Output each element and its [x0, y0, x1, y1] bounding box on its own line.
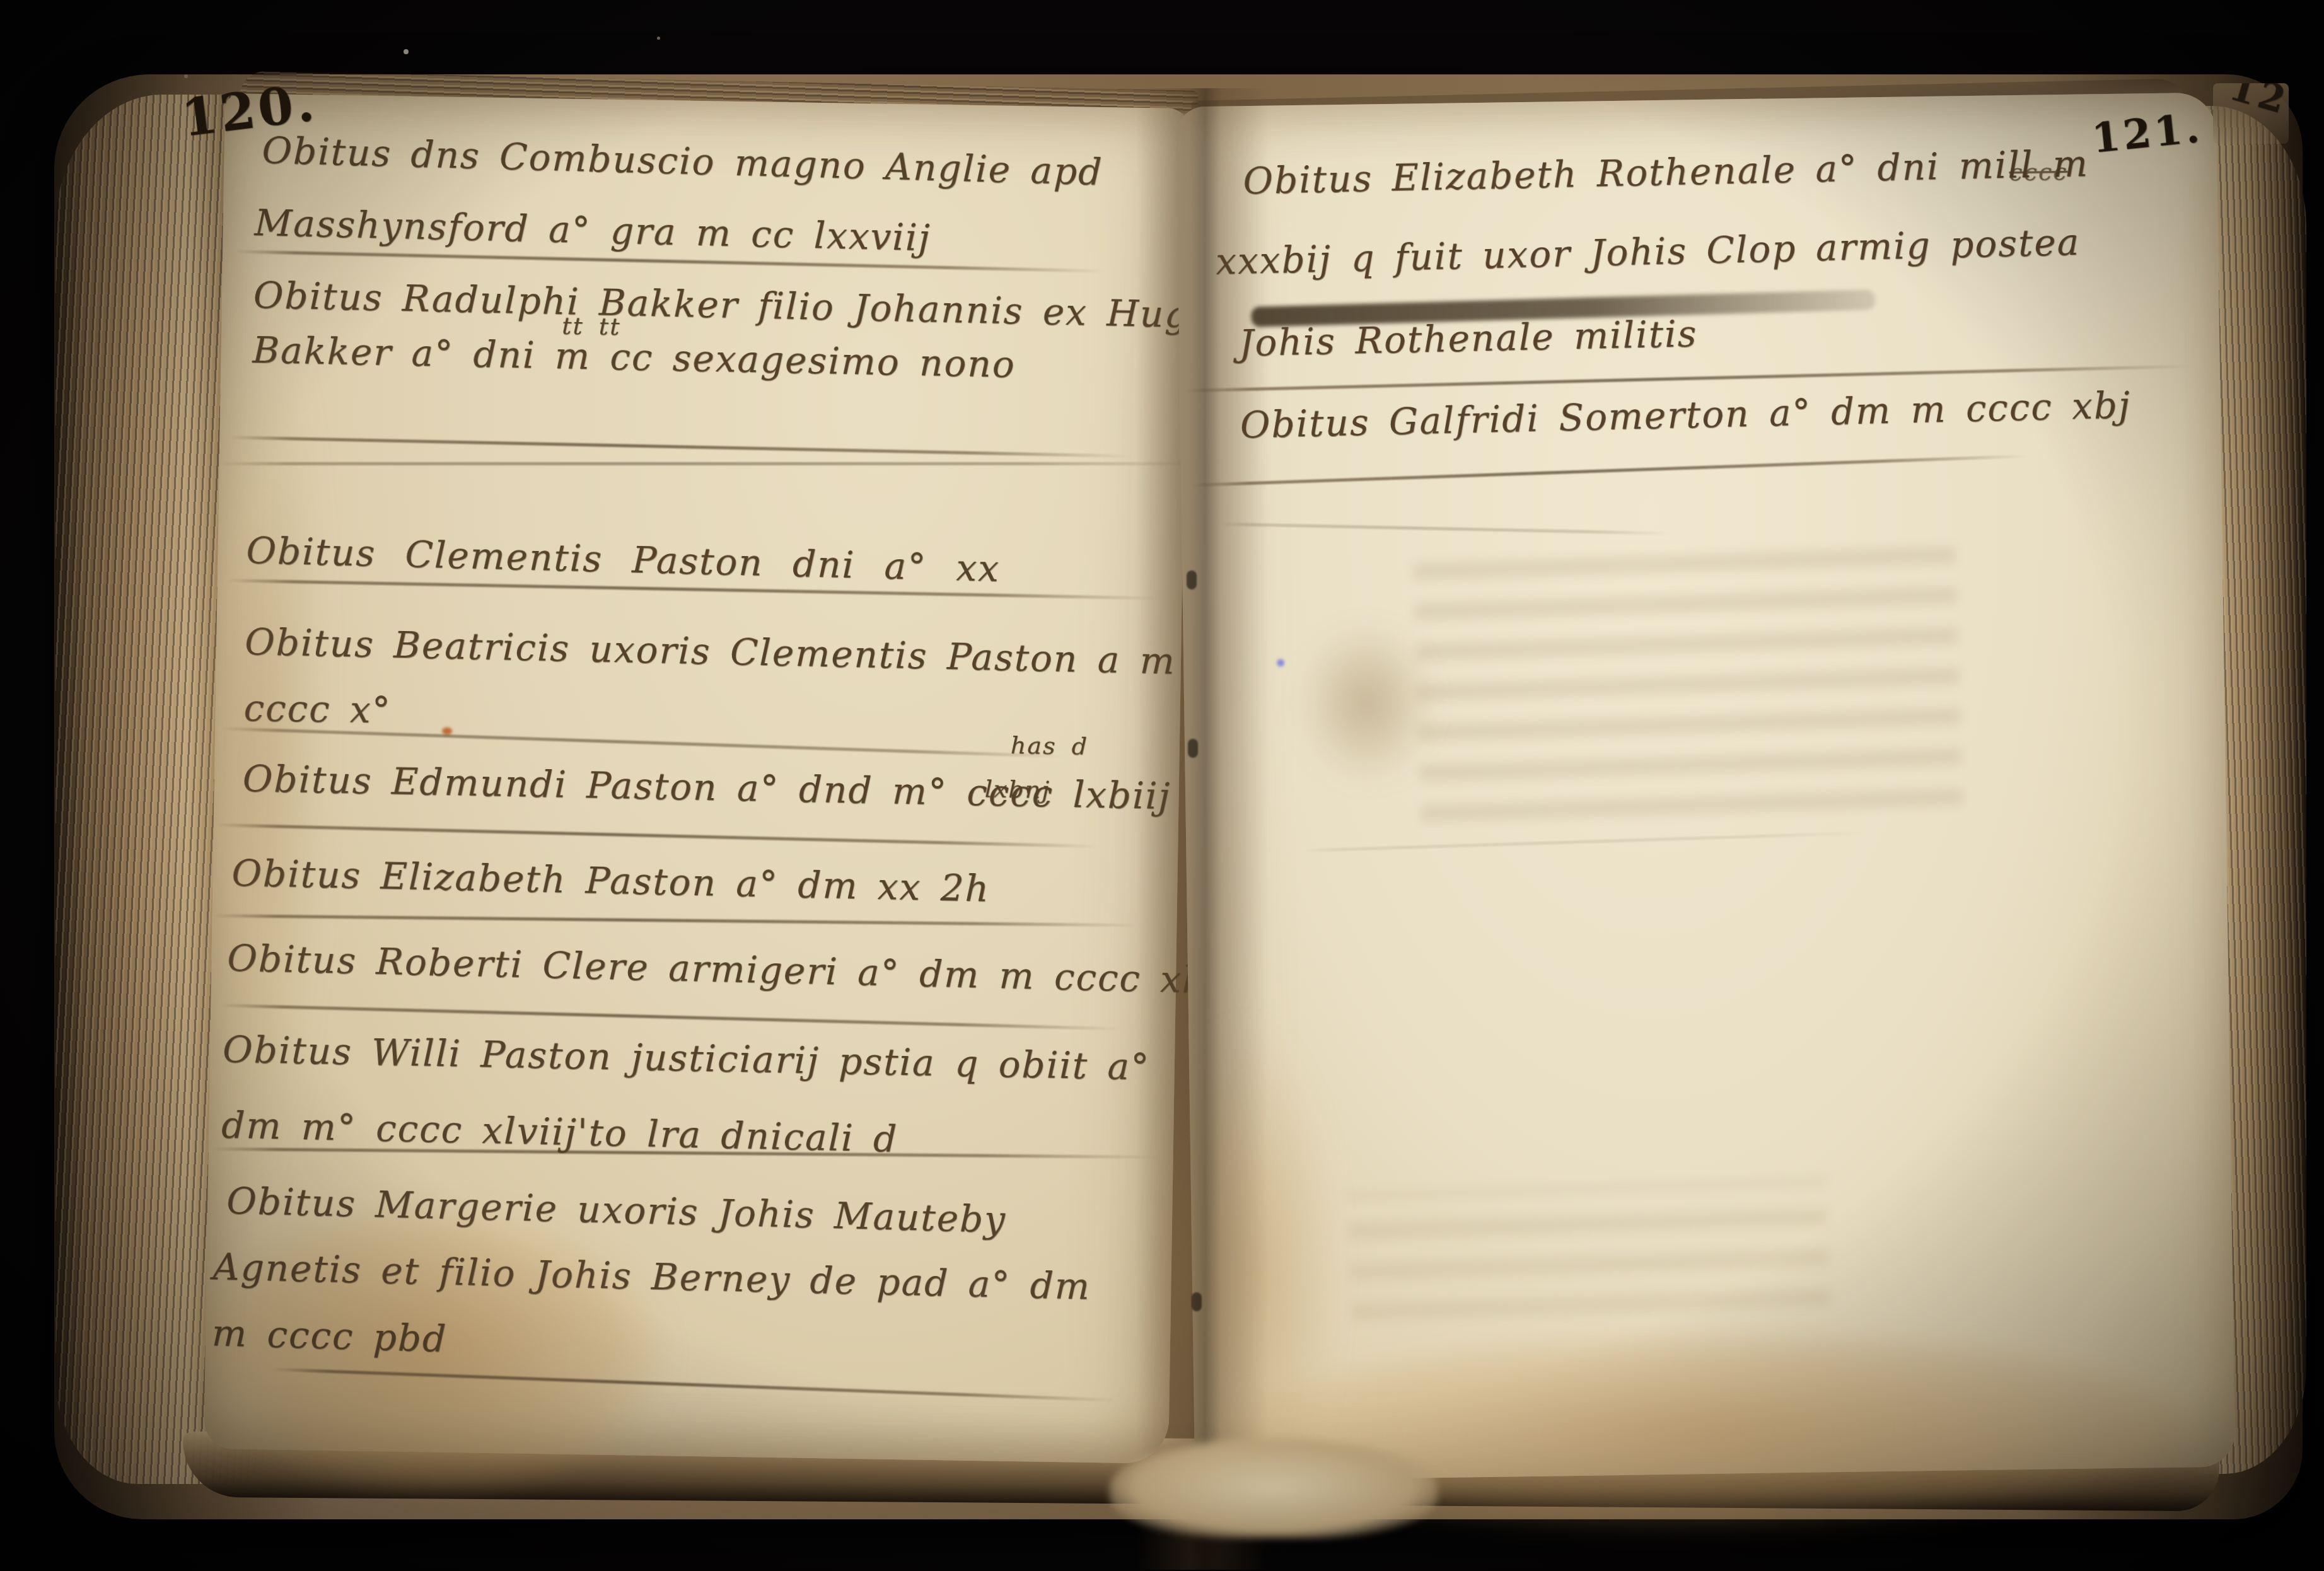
manuscript-line: Obitus Willi Paston justiciarij pstia q …	[223, 1028, 1151, 1088]
entry-rule	[221, 727, 1066, 758]
dust-speck	[184, 74, 188, 78]
dust-speck	[404, 49, 409, 54]
manuscript-line: Obitus Elizabeth Rothenale a° dni mill m	[1243, 142, 2089, 202]
binding-stitch	[1188, 739, 1198, 758]
page-number-right: 121.	[2089, 104, 2205, 162]
manuscript-line: Masshynsford a° gra m cc lxxviij	[254, 201, 931, 259]
under-page-corner: 12	[2213, 83, 2289, 144]
manuscript-line: m cccc pbd	[211, 1311, 448, 1360]
manuscript-line: Obitus Galfridi Somerton a° dm m cccc xb…	[1240, 383, 2132, 446]
entry-rule	[220, 1004, 1122, 1030]
manuscript-line: xxxbij q fuit uxor Johis Clop armig post…	[1216, 221, 2081, 283]
manuscript-line: Obitus dns Combuscio magno Anglie apd	[262, 129, 1104, 194]
entry-rule	[229, 436, 1130, 458]
manuscript-line: Bakker a° dni m cc sexagesimo nono	[252, 328, 1016, 386]
ink-show-through	[1347, 1178, 1831, 1345]
faint-rule	[1219, 523, 1673, 535]
margin-note: has d	[1011, 731, 1089, 760]
entry-rule	[217, 823, 1100, 848]
book-gutter	[1136, 88, 1269, 1570]
struck-text: cccc	[2009, 158, 2068, 186]
dust-speck	[657, 37, 660, 40]
blue-fiber-speck	[1277, 659, 1284, 666]
margin-note: lxbnj	[984, 775, 1050, 804]
manuscript-line: Obitus Beatricis uxoris Clementis Paston…	[245, 620, 1177, 683]
entry-rule	[212, 914, 1139, 927]
gutter-bottom-paper	[1110, 1437, 1438, 1538]
manuscript-line: Obitus Elizabeth Paston a° dm xx 2h	[231, 851, 991, 910]
manuscript-line: Johis Rothenale militis	[1238, 312, 1698, 364]
entry-rule	[1190, 455, 2028, 487]
right-page: Obitus Elizabeth Rothenale a° dni mill m…	[1176, 93, 2235, 1481]
entry-rule	[219, 462, 1203, 465]
left-page: Obitus dns Combuscio magno Anglie apd Ma…	[204, 93, 1190, 1464]
binding-stitch	[1187, 571, 1197, 589]
manuscript-line: Obitus Roberti Clere armigeri a° dm m cc…	[227, 936, 1233, 1002]
manuscript-line: Obitus Radulphi Bakker filio Johannis ex…	[253, 274, 1260, 337]
ink-show-through	[1413, 533, 1964, 846]
manuscript-photo: Obitus dns Combuscio magno Anglie apd Ma…	[0, 0, 2324, 1571]
manuscript-line: cccc x°	[243, 687, 392, 732]
binding-stitch	[1192, 1292, 1202, 1311]
under-page-number-fragment: 12	[2224, 83, 2289, 124]
